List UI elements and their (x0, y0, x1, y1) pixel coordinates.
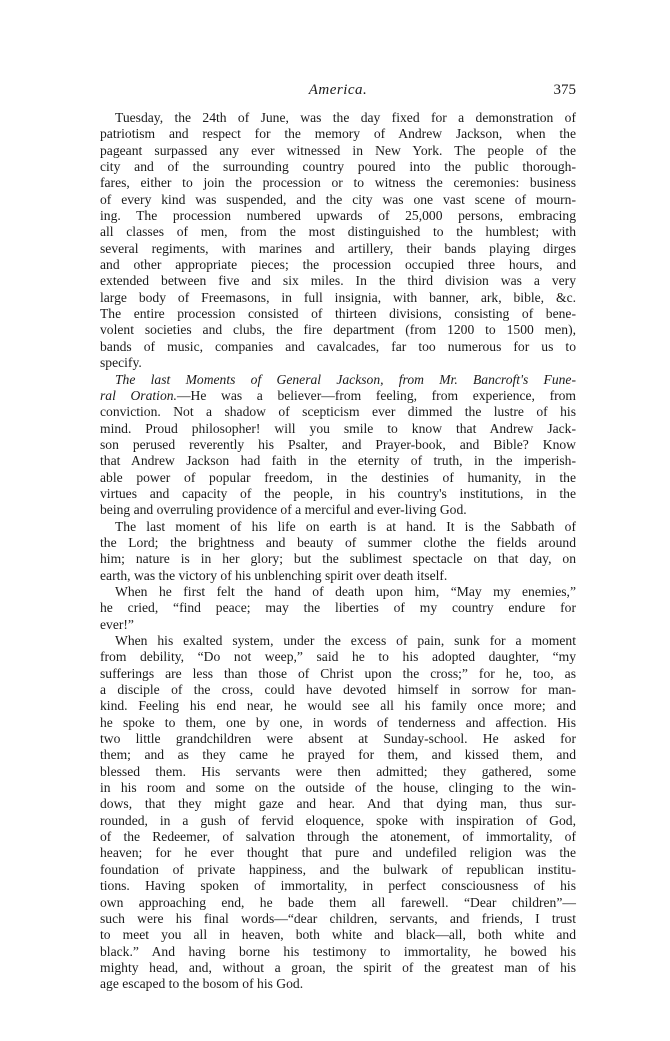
text-line: fares, either to join the procession or … (100, 175, 576, 191)
text-line: them; and as they came he prayed for the… (100, 747, 576, 763)
running-title: America. (100, 82, 576, 99)
text-line: ral Oration.—He was a believer—from feel… (100, 388, 576, 404)
text-line: virtues and capacity of the people, in h… (100, 486, 576, 502)
book-page: America. 375 Tuesday, the 24th of June, … (100, 82, 576, 993)
text-line: mind. Proud philosopher! will you smile … (100, 421, 576, 437)
text-line: own approaching end, he bade them all fa… (100, 895, 576, 911)
text-line: all classes of men, from the most distin… (100, 224, 576, 240)
text-line: in his room and some on the outside of t… (100, 780, 576, 796)
text-line: pageant surpassed any ever witnessed in … (100, 143, 576, 159)
text-line: black.” And having borne his testimony t… (100, 944, 576, 960)
text-line: bands of music, companies and cavalcades… (100, 339, 576, 355)
text-line: volent societies and clubs, the fire dep… (100, 322, 576, 338)
body-text: Tuesday, the 24th of June, was the day f… (100, 110, 576, 993)
text-line: tions. Having spoken of immortality, in … (100, 878, 576, 894)
text-line: specify. (100, 355, 576, 371)
text-line: such were his final words—“dear children… (100, 911, 576, 927)
paragraph-enemies: When he first felt the hand of death upo… (100, 584, 576, 633)
text-line: several regiments, with marines and arti… (100, 241, 576, 257)
text-line: that Andrew Jackson had faith in the ete… (100, 453, 576, 469)
text-line: ing. The procession numbered upwards of … (100, 208, 576, 224)
text-line: conviction. Not a shadow of scepticism e… (100, 404, 576, 420)
text-line: extended between five and six miles. In … (100, 273, 576, 289)
paragraph-sabbath: The last moment of his life on earth is … (100, 519, 576, 584)
text-line: and other appropriate pieces; the proces… (100, 257, 576, 273)
text-line: mighty head, and, without a groan, the s… (100, 960, 576, 976)
text-line: the Lord; the brightness and beauty of s… (100, 535, 576, 551)
text-line: patriotism and respect for the memory of… (100, 126, 576, 142)
section-heading-cont: ral Oration. (100, 388, 177, 403)
text-line: to meet you all in heaven, both white an… (100, 927, 576, 943)
text-line: age escaped to the bosom of his God. (100, 976, 576, 992)
text-line: earth, was the victory of his unblenchin… (100, 568, 576, 584)
section-heading: The last Moments of General Jackson, fro… (115, 372, 576, 387)
text-line: he cried, “find peace; may the liberties… (100, 600, 576, 616)
paragraph-final-words: When his exalted system, under the exces… (100, 633, 576, 993)
running-head: America. 375 (100, 82, 576, 104)
text-line: he spoke to them, one by one, in words o… (100, 715, 576, 731)
text-line: large body of Freemasons, in full insign… (100, 290, 576, 306)
text-span: —He was a believer—from feeling, from ex… (177, 388, 576, 403)
text-line: blessed them. His servants were then adm… (100, 764, 576, 780)
paragraph-last-moments: The last Moments of General Jackson, fro… (100, 372, 576, 519)
text-line: The entire procession consisted of thirt… (100, 306, 576, 322)
text-line: rounded, in a gush of fervid eloquence, … (100, 813, 576, 829)
text-line: city and of the surrounding country pour… (100, 159, 576, 175)
text-line: kind. Feeling his end near, he would see… (100, 698, 576, 714)
text-line: The last moment of his life on earth is … (100, 519, 576, 535)
text-line: from debility, “Do not weep,” said he to… (100, 649, 576, 665)
text-line: being and overruling providence of a mer… (100, 502, 576, 518)
text-line: ever!” (100, 617, 576, 633)
text-line: Tuesday, the 24th of June, was the day f… (100, 110, 576, 126)
text-line: him; nature is in her glory; but the sub… (100, 551, 576, 567)
text-line: of every kind was suspended, and the cit… (100, 192, 576, 208)
text-line: son perused reverently his Psalter, and … (100, 437, 576, 453)
text-line: dows, that they might gaze and hear. And… (100, 796, 576, 812)
text-line: a disciple of the cross, could have devo… (100, 682, 576, 698)
text-line: of the Redeemer, of salvation through th… (100, 829, 576, 845)
page-number: 375 (554, 82, 577, 99)
text-line: able power of popular freedom, in the de… (100, 470, 576, 486)
text-line: two little grandchildren were absent at … (100, 731, 576, 747)
text-line: foundation of private happiness, and the… (100, 862, 576, 878)
text-line: When he first felt the hand of death upo… (100, 584, 576, 600)
text-line: heaven; for he ever thought that pure an… (100, 845, 576, 861)
text-line: When his exalted system, under the exces… (100, 633, 576, 649)
text-line: sufferings are less than those of Christ… (100, 666, 576, 682)
section-heading-line: The last Moments of General Jackson, fro… (100, 372, 576, 388)
paragraph-procession: Tuesday, the 24th of June, was the day f… (100, 110, 576, 372)
